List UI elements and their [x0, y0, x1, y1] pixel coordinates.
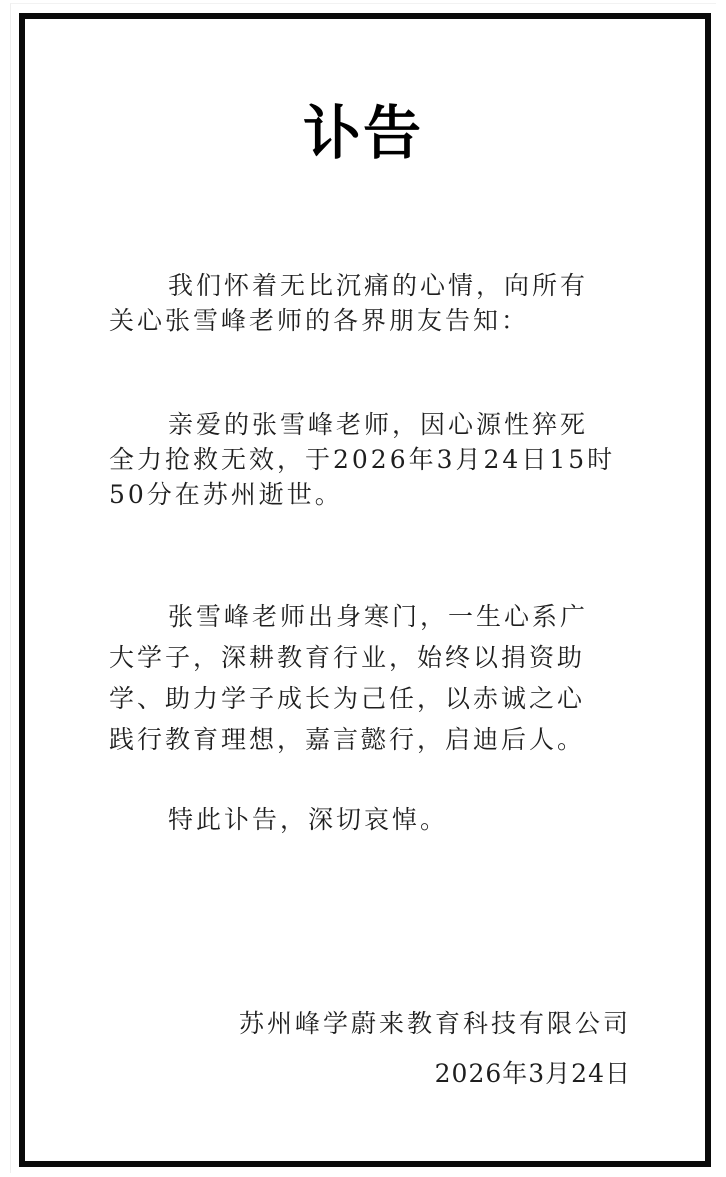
paragraph-line: 全力抢救无效，于2026年3月24日15时: [109, 442, 629, 477]
paragraph-line: 关心张雪峰老师的各界朋友告知：: [109, 303, 629, 338]
paragraph-line: 践行教育理想，嘉言懿行，启迪后人。: [109, 719, 629, 760]
paragraph-closing: 特此讣告，深切哀悼。: [109, 802, 629, 837]
paragraph-line: 大学子，深耕教育行业，始终以捐资助: [109, 637, 629, 678]
paragraph-line: 学、助力学子成长为己任，以赤诚之心: [109, 678, 629, 719]
obituary-notice: [19, 13, 711, 1167]
paragraph-line: 50分在苏州逝世。: [109, 477, 629, 512]
paragraph-passing: 亲爱的张雪峰老师，因心源性猝死 全力抢救无效，于2026年3月24日15时 50…: [109, 407, 629, 512]
notice-title: 讣告: [0, 98, 726, 168]
paragraph-line: 特此讣告，深切哀悼。: [109, 802, 629, 837]
paragraph-line: 张雪峰老师出身寒门，一生心系广: [109, 596, 629, 637]
signature-organization: 苏州峰学蔚来教育科技有限公司: [239, 1006, 631, 1042]
paragraph-announcement: 我们怀着无比沉痛的心情，向所有 关心张雪峰老师的各界朋友告知：: [109, 268, 629, 338]
signature-date: 2026年3月24日: [435, 1056, 631, 1092]
paragraph-tribute: 张雪峰老师出身寒门，一生心系广 大学子，深耕教育行业，始终以捐资助 学、助力学子…: [109, 596, 629, 760]
paragraph-line: 亲爱的张雪峰老师，因心源性猝死: [109, 407, 629, 442]
paragraph-line: 我们怀着无比沉痛的心情，向所有: [109, 268, 629, 303]
